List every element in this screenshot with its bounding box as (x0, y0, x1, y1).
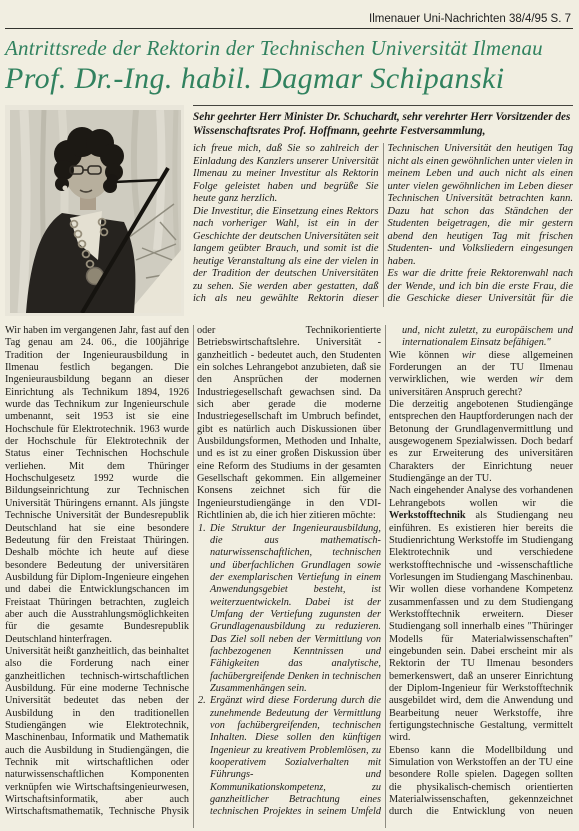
header-divider (5, 28, 573, 29)
list-number: 1. (198, 523, 206, 535)
body-paragraph: Nach eingehender Analyse des vorhandenen… (389, 485, 573, 584)
intro-block: Sehr geehrter Herr Minister Dr. Schuchar… (193, 105, 573, 316)
intro-columns: ich freue mich, daß Sie so zahlreich der… (193, 143, 573, 307)
list-number: 2. (198, 695, 206, 707)
salutation: Sehr geehrter Herr Minister Dr. Schuchar… (193, 110, 573, 138)
body-paragraph: Wir wollen diese vorhandene Kompetenz zu… (389, 584, 573, 744)
top-section: Sehr geehrter Herr Minister Dr. Schuchar… (5, 105, 573, 316)
intro-paragraph: ich freue mich, daß Sie so zahlreich der… (193, 143, 379, 206)
body-paragraph: Wir haben im vergangenen Jahr, fast auf … (5, 325, 189, 646)
newspaper-page: Ilmenauer Uni-Nachrichten 38/4/95 S. 7 A… (0, 0, 579, 831)
body-paragraph: Die derzeitig angebotenen Studiengänge e… (389, 399, 573, 485)
body-paragraph: Wie können wir diese allgemeinen Forderu… (389, 350, 573, 399)
vdi-guideline-item: 1.Die Struktur der Ingenieurausbildung, … (197, 523, 381, 696)
article-title: Prof. Dr.-Ing. habil. Dagmar Schipanski (5, 62, 573, 96)
rector-photo-image (10, 110, 181, 313)
article-subtitle: Antrittsrede der Rektorin der Technische… (5, 36, 573, 61)
masthead: Ilmenauer Uni-Nachrichten 38/4/95 S. 7 (5, 0, 573, 25)
rector-photo (5, 105, 184, 316)
article-body: Wir haben im vergangenen Jahr, fast auf … (5, 325, 573, 828)
